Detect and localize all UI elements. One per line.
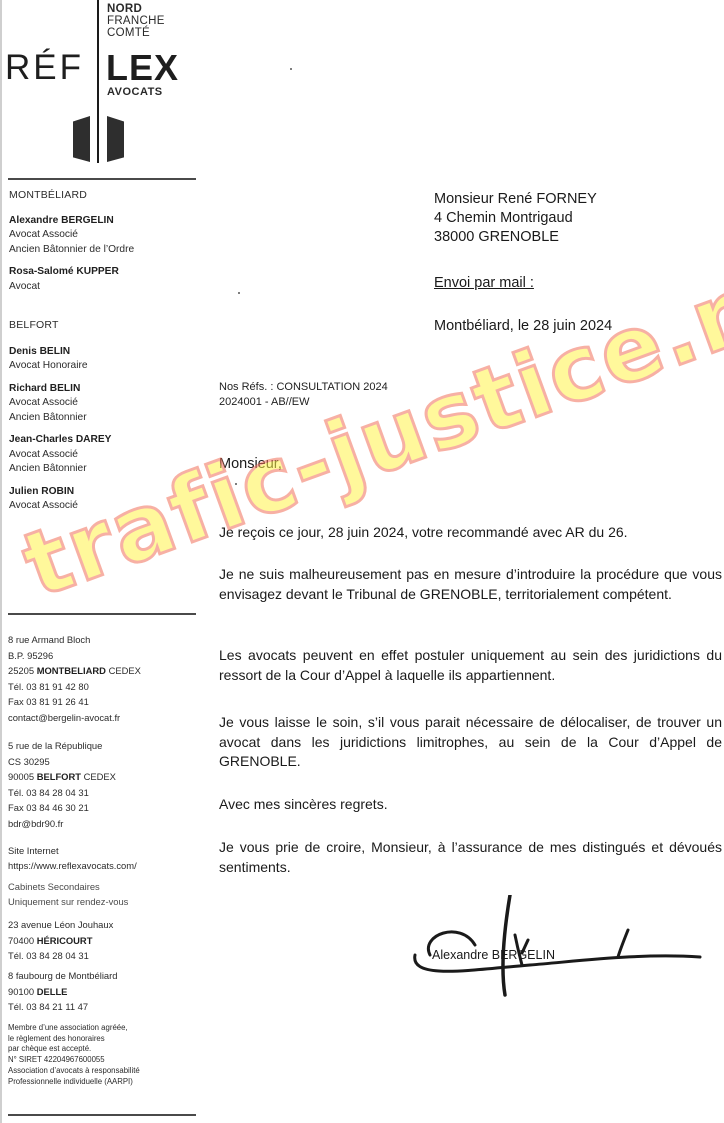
logo-column-left-icon	[73, 116, 90, 162]
footer-notes: Membre d’une association agréée, le règl…	[8, 1023, 140, 1087]
recipient-name: Monsieur René FORNEY	[434, 190, 597, 209]
logo-brand-right: LEX	[106, 47, 179, 89]
logo-brand-left: RÉF	[5, 48, 84, 88]
logo-column-right-icon	[107, 116, 124, 162]
letter-page: NORD FRANCHE COMTÉ RÉF LEX AVOCATS MONTB…	[0, 0, 724, 1123]
address-email[interactable]: bdr@bdr90.fr	[8, 816, 116, 832]
lawyer-title: Avocat Honoraire	[9, 359, 111, 374]
address-street: 8 faubourg de Montbéliard	[8, 968, 117, 984]
place-date: Montbéliard, le 28 juin 2024	[434, 318, 612, 334]
address-fax: Fax 03 84 46 30 21	[8, 800, 116, 816]
divider	[8, 178, 196, 180]
divider	[8, 1114, 196, 1116]
reference-line: Nos Réfs. : CONSULTATION 2024	[219, 380, 388, 395]
lawyer-name: Richard BELIN	[9, 382, 111, 397]
body-paragraph: Je vous prie de croire, Monsieur, à l’as…	[219, 838, 722, 877]
recipient-address: Monsieur René FORNEY 4 Chemin Montrigaud…	[434, 190, 597, 247]
address-street: 5 rue de la République	[8, 738, 116, 754]
secondary-label: Cabinets Secondaires	[8, 879, 128, 894]
logo-divider	[97, 0, 99, 163]
lawyer-name: Julien ROBIN	[9, 485, 111, 500]
body-paragraph: Je vous laisse le soin, s’il vous parait…	[219, 713, 722, 772]
references: Nos Réfs. : CONSULTATION 2024 2024001 - …	[219, 380, 388, 410]
sidebar-montbeliard: MONTBÉLIARD Alexandre BERGELIN Avocat As…	[9, 188, 134, 302]
lawyer-title: Avocat Associé	[9, 499, 111, 514]
lawyer-name: Rosa-Salomé KUPPER	[9, 265, 134, 280]
lawyer-title: Avocat Associé	[9, 228, 134, 243]
footer-note: N° SIRET 42204967600055	[8, 1055, 140, 1066]
address-street: 23 avenue Léon Jouhaux	[8, 917, 113, 933]
address-phone: Tél. 03 81 91 42 80	[8, 679, 141, 695]
scan-speck	[290, 68, 292, 70]
logo-subtitle: AVOCATS	[107, 86, 163, 98]
logo-region-line: COMTÉ	[107, 27, 165, 39]
body-paragraph: Avec mes sincères regrets.	[219, 795, 722, 815]
scan-speck	[238, 292, 240, 294]
body-paragraph: Je reçois ce jour, 28 juin 2024, votre r…	[219, 523, 722, 543]
address-city-line: 90100 DELLE	[8, 984, 117, 1000]
lawyer-entry: Alexandre BERGELIN Avocat Associé Ancien…	[9, 214, 134, 258]
footer-note: Association d’avocats à responsabilité	[8, 1066, 140, 1077]
address-po-box: CS 30295	[8, 754, 116, 770]
lawyer-title: Ancien Bâtonnier de l’Ordre	[9, 243, 134, 258]
lawyer-title: Avocat Associé	[9, 448, 111, 463]
recipient-street: 4 Chemin Montrigaud	[434, 209, 597, 228]
footer-note: Membre d’une association agréée,	[8, 1023, 140, 1034]
footer-note: par chèque est accepté.	[8, 1044, 140, 1055]
website-block: Site Internet https://www.reflexavocats.…	[8, 843, 137, 873]
lawyer-entry: Julien ROBIN Avocat Associé	[9, 485, 111, 514]
salutation: Monsieur,	[219, 456, 282, 472]
body-paragraph: Je ne suis malheureusement pas en mesure…	[219, 565, 722, 604]
lawyer-title: Avocat Associé	[9, 396, 111, 411]
secondary-note: Uniquement sur rendez-vous	[8, 894, 128, 909]
address-delle: 8 faubourg de Montbéliard 90100 DELLE Té…	[8, 968, 117, 1015]
footer-note: Professionnelle individuelle (AARPI)	[8, 1077, 140, 1088]
address-city-line: 90005 BELFORT CEDEX	[8, 769, 116, 785]
lawyer-entry: Rosa-Salomé KUPPER Avocat	[9, 265, 134, 294]
address-fax: Fax 03 81 91 26 41	[8, 694, 141, 710]
lawyer-title: Avocat	[9, 280, 134, 295]
lawyer-name: Alexandre BERGELIN	[9, 214, 134, 229]
lawyer-entry: Richard BELIN Avocat Associé Ancien Bâto…	[9, 382, 111, 426]
logo-region-line: NORD	[107, 3, 165, 15]
address-phone: Tél. 03 84 28 04 31	[8, 785, 116, 801]
firm-logo: NORD FRANCHE COMTÉ RÉF LEX AVOCATS	[0, 0, 200, 170]
logo-region: NORD FRANCHE COMTÉ	[107, 3, 165, 39]
address-hericourt: 23 avenue Léon Jouhaux 70400 HÉRICOURT T…	[8, 917, 113, 964]
address-phone: Tél. 03 84 28 04 31	[8, 948, 113, 964]
logo-region-line: FRANCHE	[107, 15, 165, 27]
recipient-city: 38000 GRENOBLE	[434, 228, 597, 247]
address-montbeliard: 8 rue Armand Bloch B.P. 95296 25205 MONT…	[8, 632, 141, 725]
lawyer-title: Ancien Bâtonnier	[9, 411, 111, 426]
office-city: MONTBÉLIARD	[9, 188, 134, 203]
address-city-line: 25205 MONTBELIARD CEDEX	[8, 663, 141, 679]
delivery-method: Envoi par mail :	[434, 275, 534, 291]
website-link[interactable]: https://www.reflexavocats.com/	[8, 858, 137, 873]
address-email[interactable]: contact@bergelin-avocat.fr	[8, 710, 141, 726]
body-paragraph: Les avocats peuvent en effet postuler un…	[219, 646, 722, 685]
lawyer-title: Ancien Bâtonnier	[9, 462, 111, 477]
lawyer-entry: Denis BELIN Avocat Honoraire	[9, 345, 111, 374]
reference-line: 2024001 - AB//EW	[219, 395, 388, 410]
lawyer-entry: Jean-Charles DAREY Avocat Associé Ancien…	[9, 433, 111, 477]
address-phone: Tél. 03 84 21 11 47	[8, 999, 117, 1015]
lawyer-name: Jean-Charles DAREY	[9, 433, 111, 448]
scan-speck	[235, 483, 237, 485]
address-belfort: 5 rue de la République CS 30295 90005 BE…	[8, 738, 116, 831]
lawyer-name: Denis BELIN	[9, 345, 111, 360]
website-label: Site Internet	[8, 843, 137, 858]
office-city: BELFORT	[9, 318, 111, 333]
secondary-offices-block: Cabinets Secondaires Uniquement sur rend…	[8, 879, 128, 909]
footer-note: le règlement des honoraires	[8, 1034, 140, 1045]
sidebar-belfort: BELFORT Denis BELIN Avocat Honoraire Ric…	[9, 318, 111, 522]
handwritten-signature-icon	[410, 895, 710, 1005]
address-street: 8 rue Armand Bloch	[8, 632, 141, 648]
divider	[8, 613, 196, 615]
address-po-box: B.P. 95296	[8, 648, 141, 664]
address-city-line: 70400 HÉRICOURT	[8, 933, 113, 949]
